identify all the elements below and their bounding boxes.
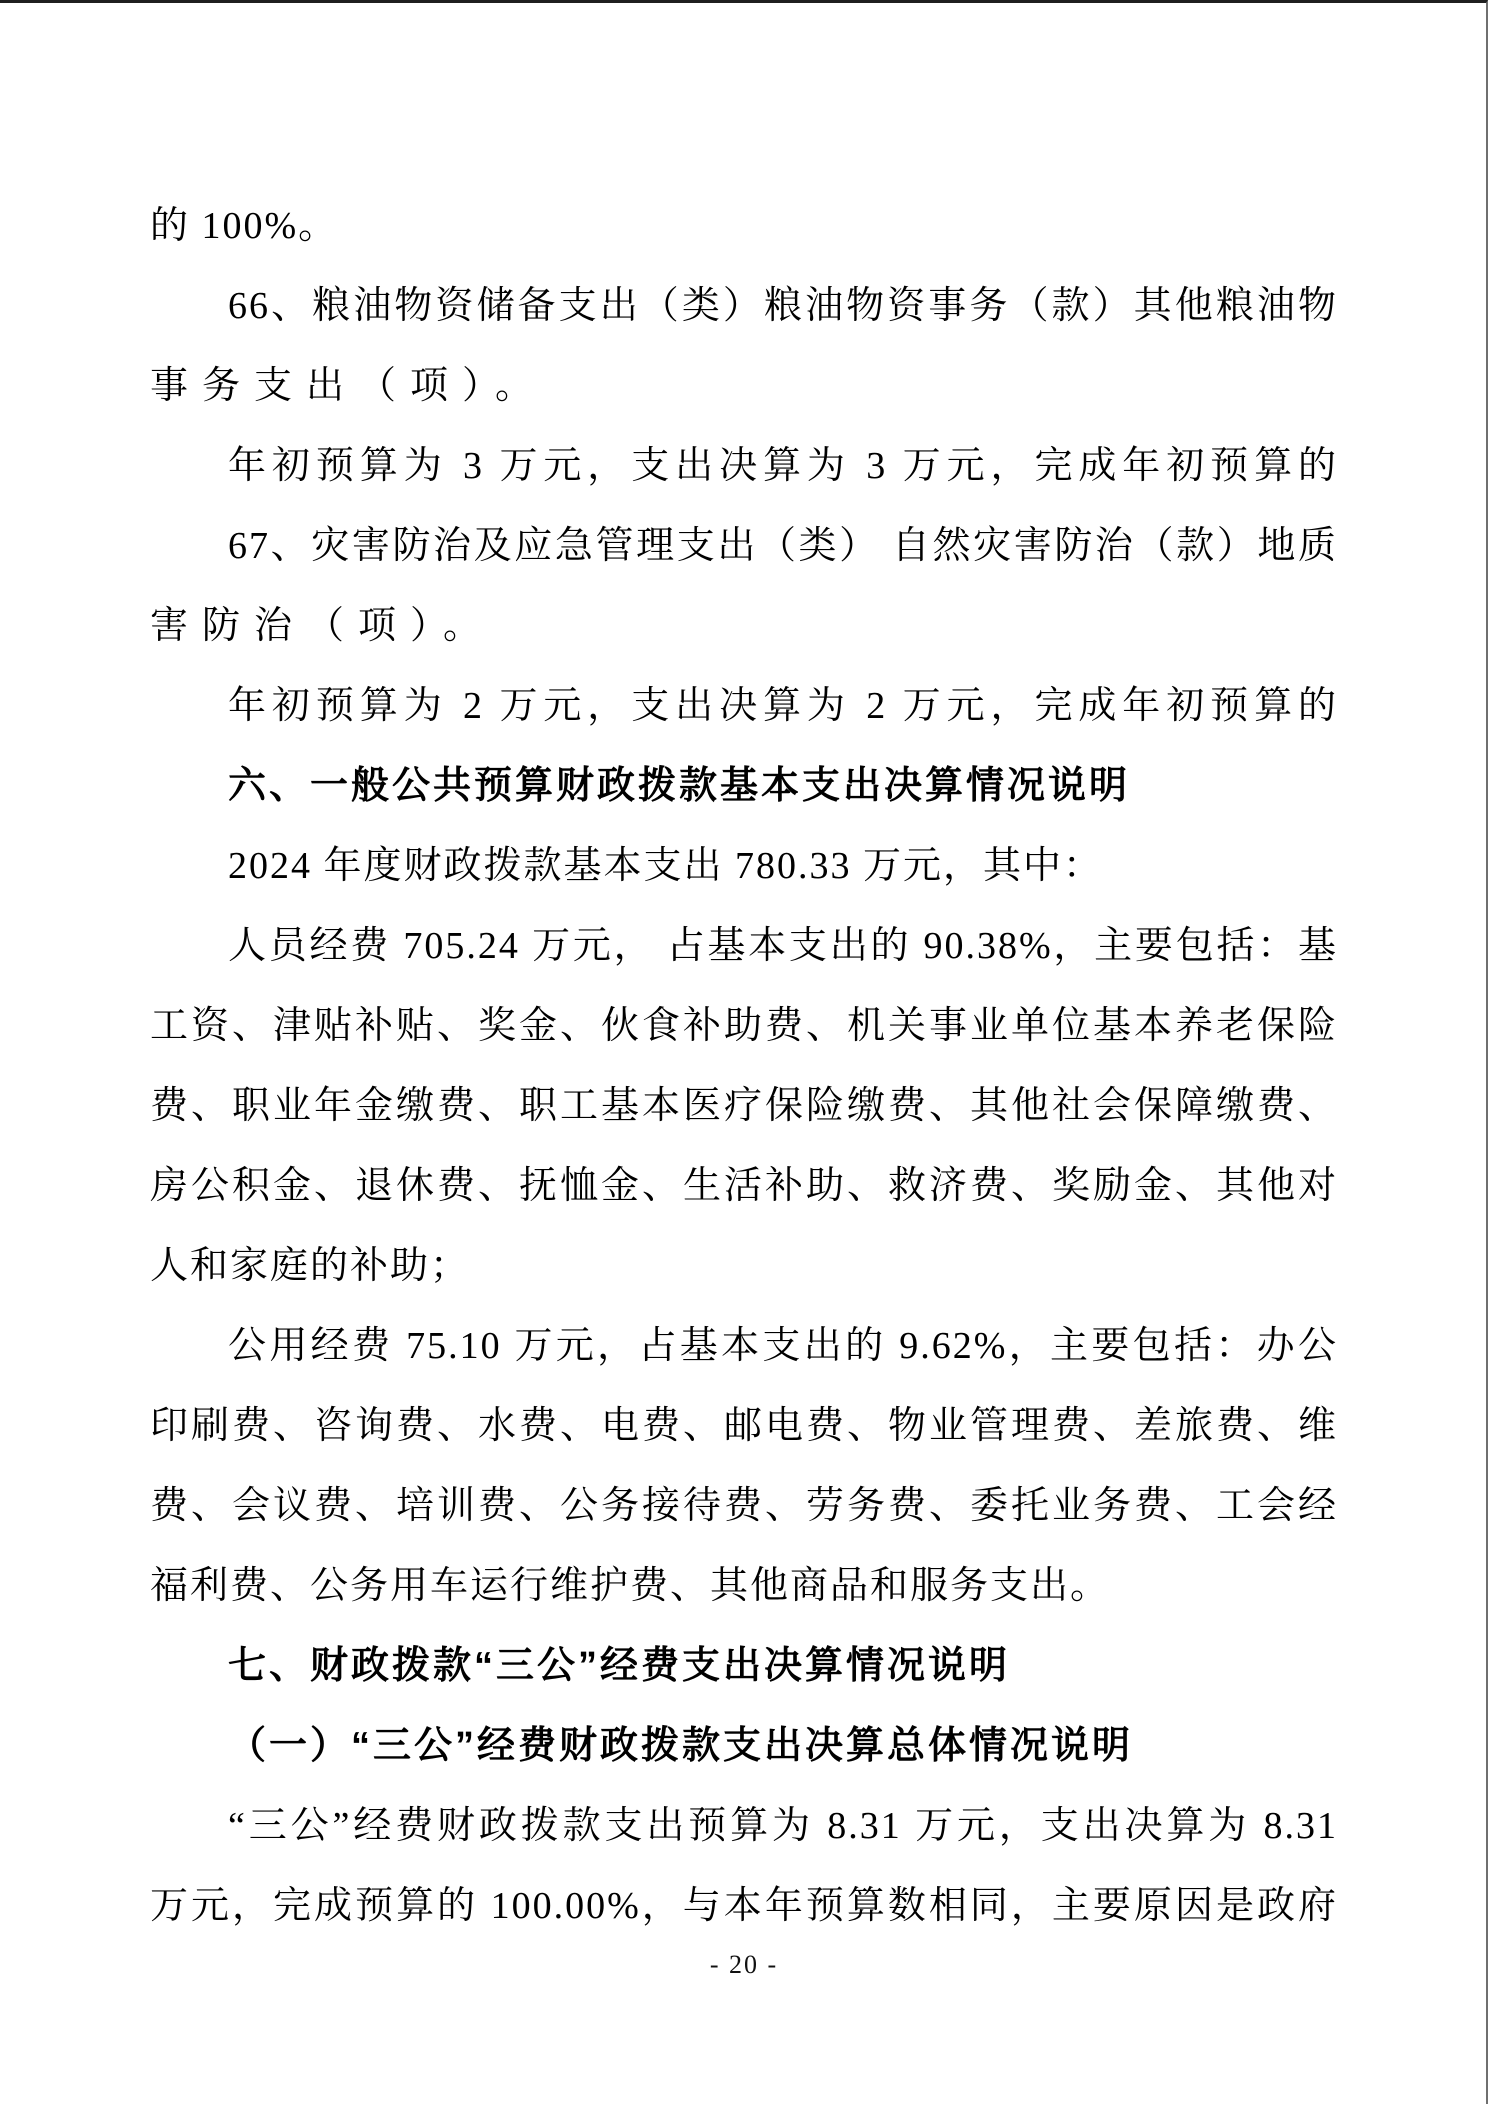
section-heading: （一）“三公”经费财政拨款支出决算总体情况说明: [150, 1706, 1338, 1786]
text-line: 公用经费 75.10 万元，占基本支出的 9.62%，主要包括：办公费、: [150, 1306, 1338, 1386]
section-heading: 七、财政拨款“三公”经费支出决算情况说明: [150, 1626, 1338, 1706]
text-line: “三公”经费财政拨款支出预算为 8.31 万元，支出决算为 8.31: [150, 1786, 1338, 1866]
text-line: 万元，完成预算的 100.00%，与本年预算数相同，主要原因是政府节: [150, 1866, 1338, 1946]
text-line: 房公积金、退休费、抚恤金、生活补助、救济费、奖励金、其他对个: [150, 1146, 1338, 1226]
text-line: 2024 年度财政拨款基本支出 780.33 万元，其中：: [150, 826, 1338, 906]
page-number: - 20 -: [0, 1939, 1488, 1991]
text-line: 工资、津贴补贴、奖金、伙食补助费、机关事业单位基本养老保险缴: [150, 986, 1338, 1066]
document-page: 的 100%。 66、粮油物资储备支出（类）粮油物资事务（款）其他粮油物资 事务…: [0, 0, 1488, 2104]
text-line: 费、会议费、培训费、公务接待费、劳务费、委托业务费、工会经费、: [150, 1466, 1338, 1546]
text-line: 印刷费、咨询费、水费、电费、邮电费、物业管理费、差旅费、维修（护）: [150, 1386, 1338, 1466]
text-line: 年初预算为 3 万元，支出决算为 3 万元，完成年初预算的 100%。: [150, 426, 1338, 506]
text-line: 人和家庭的补助；: [150, 1226, 1338, 1306]
text-line: 人员经费 705.24 万元， 占基本支出的 90.38%，主要包括：基本: [150, 906, 1338, 986]
text-line: 费、职业年金缴费、职工基本医疗保险缴费、其他社会保障缴费、住: [150, 1066, 1338, 1146]
text-line: 事务支出（项）。: [150, 346, 1338, 426]
document-body: 的 100%。 66、粮油物资储备支出（类）粮油物资事务（款）其他粮油物资 事务…: [150, 186, 1338, 1946]
text-line: 福利费、公务用车运行维护费、其他商品和服务支出。: [150, 1546, 1338, 1626]
text-line: 害防治（项）。: [150, 586, 1338, 666]
text-line: 的 100%。: [150, 186, 1338, 266]
text-line: 66、粮油物资储备支出（类）粮油物资事务（款）其他粮油物资: [150, 266, 1338, 346]
section-heading: 六、一般公共预算财政拨款基本支出决算情况说明: [150, 746, 1338, 826]
text-line: 67、灾害防治及应急管理支出（类） 自然灾害防治（款）地质灾: [150, 506, 1338, 586]
text-line: 年初预算为 2 万元，支出决算为 2 万元，完成年初预算的 100%。: [150, 666, 1338, 746]
